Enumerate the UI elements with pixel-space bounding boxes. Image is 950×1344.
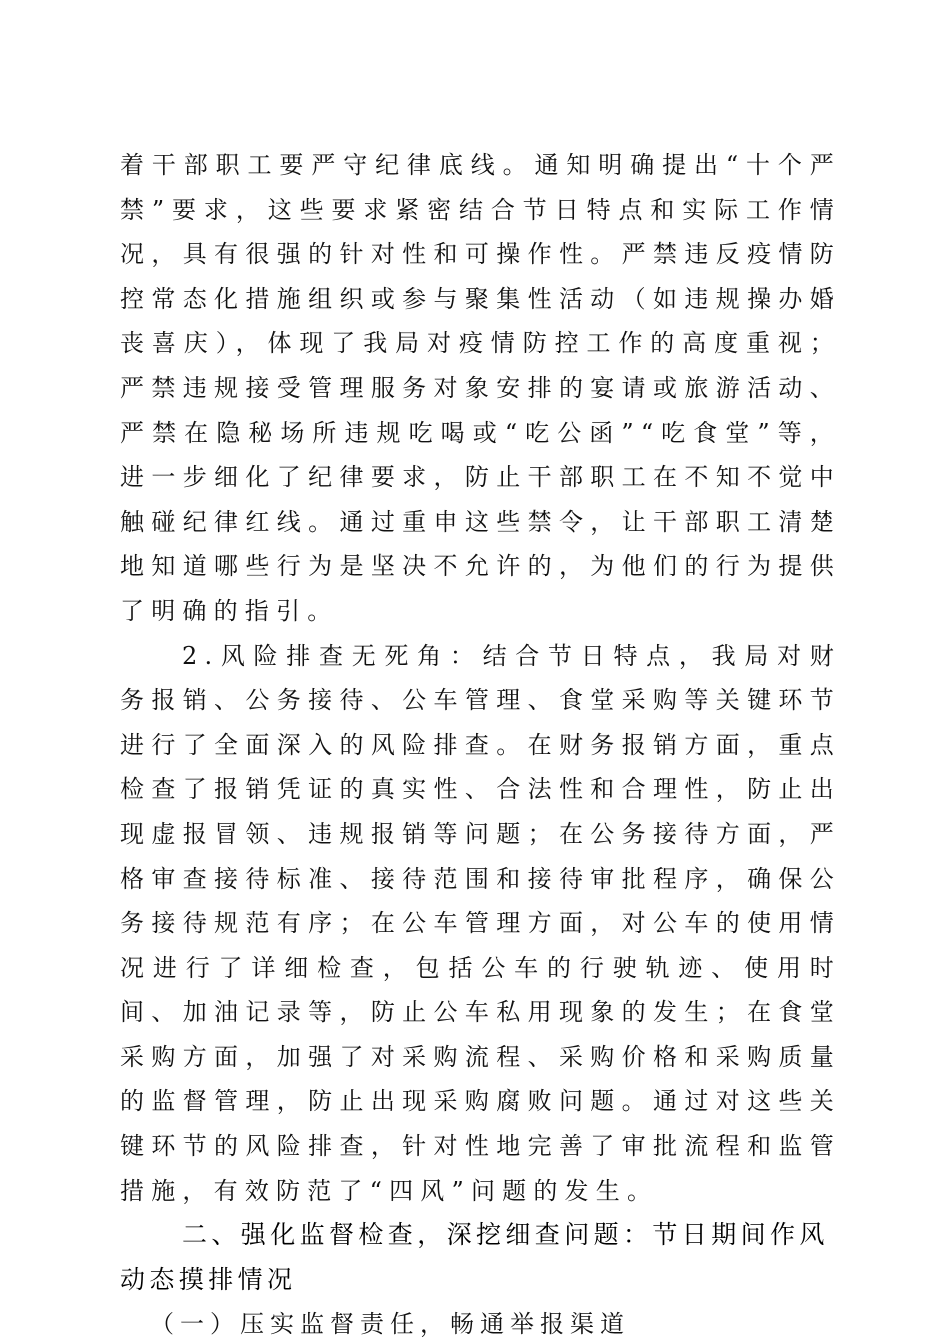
body-paragraph-risk-screening: 2.风险排查无死角：结合节日特点，我局对财务报销、公务接待、公车管理、食堂采购等… [120, 634, 841, 1214]
section-heading: 二、强化监督检查，深挖细查问题：节日期间作风动态摸排情况 [120, 1213, 841, 1302]
document-page: 着干部职工要严守纪律底线。通知明确提出“十个严禁”要求，这些要求紧密结合节日特点… [120, 143, 841, 1344]
body-paragraph-continued: 着干部职工要严守纪律底线。通知明确提出“十个严禁”要求，这些要求紧密结合节日特点… [120, 143, 841, 634]
subsection-heading: （一）压实监督责任，畅通举报渠道 [120, 1302, 841, 1344]
